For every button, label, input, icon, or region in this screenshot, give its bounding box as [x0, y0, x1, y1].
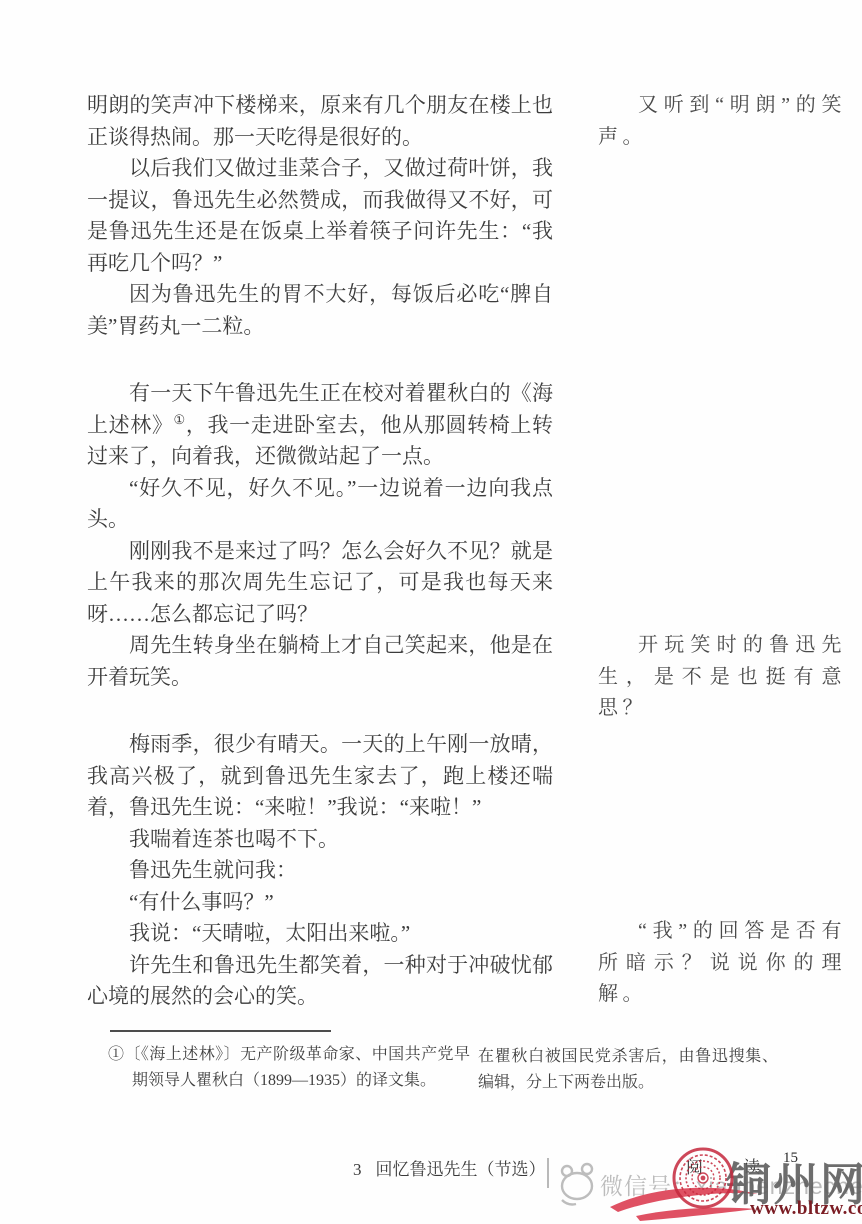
- lesson-title: 回忆鲁迅先生（节选）: [376, 1160, 546, 1179]
- margin-note: 开玩笑时的鲁迅先生，是不是也挺有意思？: [598, 630, 846, 725]
- footnote-divider: [110, 1030, 331, 1032]
- paragraph-with-footnote-ref: 有一天下午鲁迅先生正在校对着瞿秋白的《海上述林》①，我一走进卧室去，他从那圆转椅…: [87, 378, 553, 473]
- paragraph: 许先生和鲁迅先生都笑着，一种对于冲破忧郁心境的展然的会心的笑。: [87, 950, 553, 1013]
- site-url-watermark: www.bltzw.com: [750, 1198, 862, 1220]
- footer-lesson-title: 3回忆鲁迅先生（节选）: [353, 1155, 546, 1180]
- footer-divider: [547, 1158, 549, 1188]
- margin-note: 又听到“明朗”的笑声。: [598, 90, 846, 153]
- article-section-3: 梅雨季，很少有晴天。一天的上午刚一放晴，我高兴极了，就到鲁迅先生家去了，跑上楼还…: [87, 729, 553, 1013]
- paragraph: 鲁迅先生就问我：: [87, 855, 553, 887]
- paragraph: 以后我们又做过韭菜合子，又做过荷叶饼，我一提议，鲁迅先生必然赞成，而我做得又不好…: [87, 153, 553, 279]
- footnote-ref-mark: ①: [174, 412, 186, 427]
- paragraph: 我说：“天晴啦，太阳出来啦。”: [87, 918, 553, 950]
- paragraph: 明朗的笑声冲下楼梯来，原来有几个朋友在楼上也正谈得热闹。那一天吃得是很好的。: [87, 90, 553, 153]
- paragraph: “好久不见，好久不见。”一边说着一边向我点头。: [87, 473, 553, 536]
- page-number: 15: [783, 1150, 798, 1167]
- panda-icon: [556, 1162, 602, 1213]
- paragraph: 刚刚我不是来过了吗？怎么会好久不见？就是上午我来的那次周先生忘记了，可是我也每天…: [87, 536, 553, 631]
- paragraph: 梅雨季，很少有晴天。一天的上午刚一放晴，我高兴极了，就到鲁迅先生家去了，跑上楼还…: [87, 729, 553, 824]
- textbook-page: 明朗的笑声冲下楼梯来，原来有几个朋友在楼上也正谈得热闹。那一天吃得是很好的。 以…: [0, 0, 862, 1224]
- margin-note: “我”的回答是否有所暗示？说说你的理解。: [598, 916, 846, 1011]
- paragraph: 周先生转身坐在躺椅上才自己笑起来，他是在开着玩笑。: [87, 630, 553, 693]
- paragraph: 我喘着连茶也喝不下。: [87, 824, 553, 856]
- seal-icon: [671, 1146, 735, 1215]
- article-section-1: 明朗的笑声冲下楼梯来，原来有几个朋友在楼上也正谈得热闹。那一天吃得是很好的。 以…: [87, 90, 553, 342]
- paragraph: 因为鲁迅先生的胃不大好，每饭后必吃“脾自美”胃药丸一二粒。: [87, 279, 553, 342]
- paragraph: “有什么事吗？”: [87, 887, 553, 919]
- footnote-text: ①〔《海上述林》〕无产阶级革命家、中国共产党早期领导人瞿秋白（1899—1935…: [108, 1042, 470, 1094]
- article-section-2: 有一天下午鲁迅先生正在校对着瞿秋白的《海上述林》①，我一走进卧室去，他从那圆转椅…: [87, 378, 553, 693]
- footnote-continuation: 在瞿秋白被国民党杀害后，由鲁迅搜集、编辑，分上下两卷出版。: [478, 1044, 778, 1096]
- lesson-number: 3: [353, 1160, 362, 1179]
- article-body: 明朗的笑声冲下楼梯来，原来有几个朋友在楼上也正谈得热闹。那一天吃得是很好的。 以…: [87, 90, 553, 1013]
